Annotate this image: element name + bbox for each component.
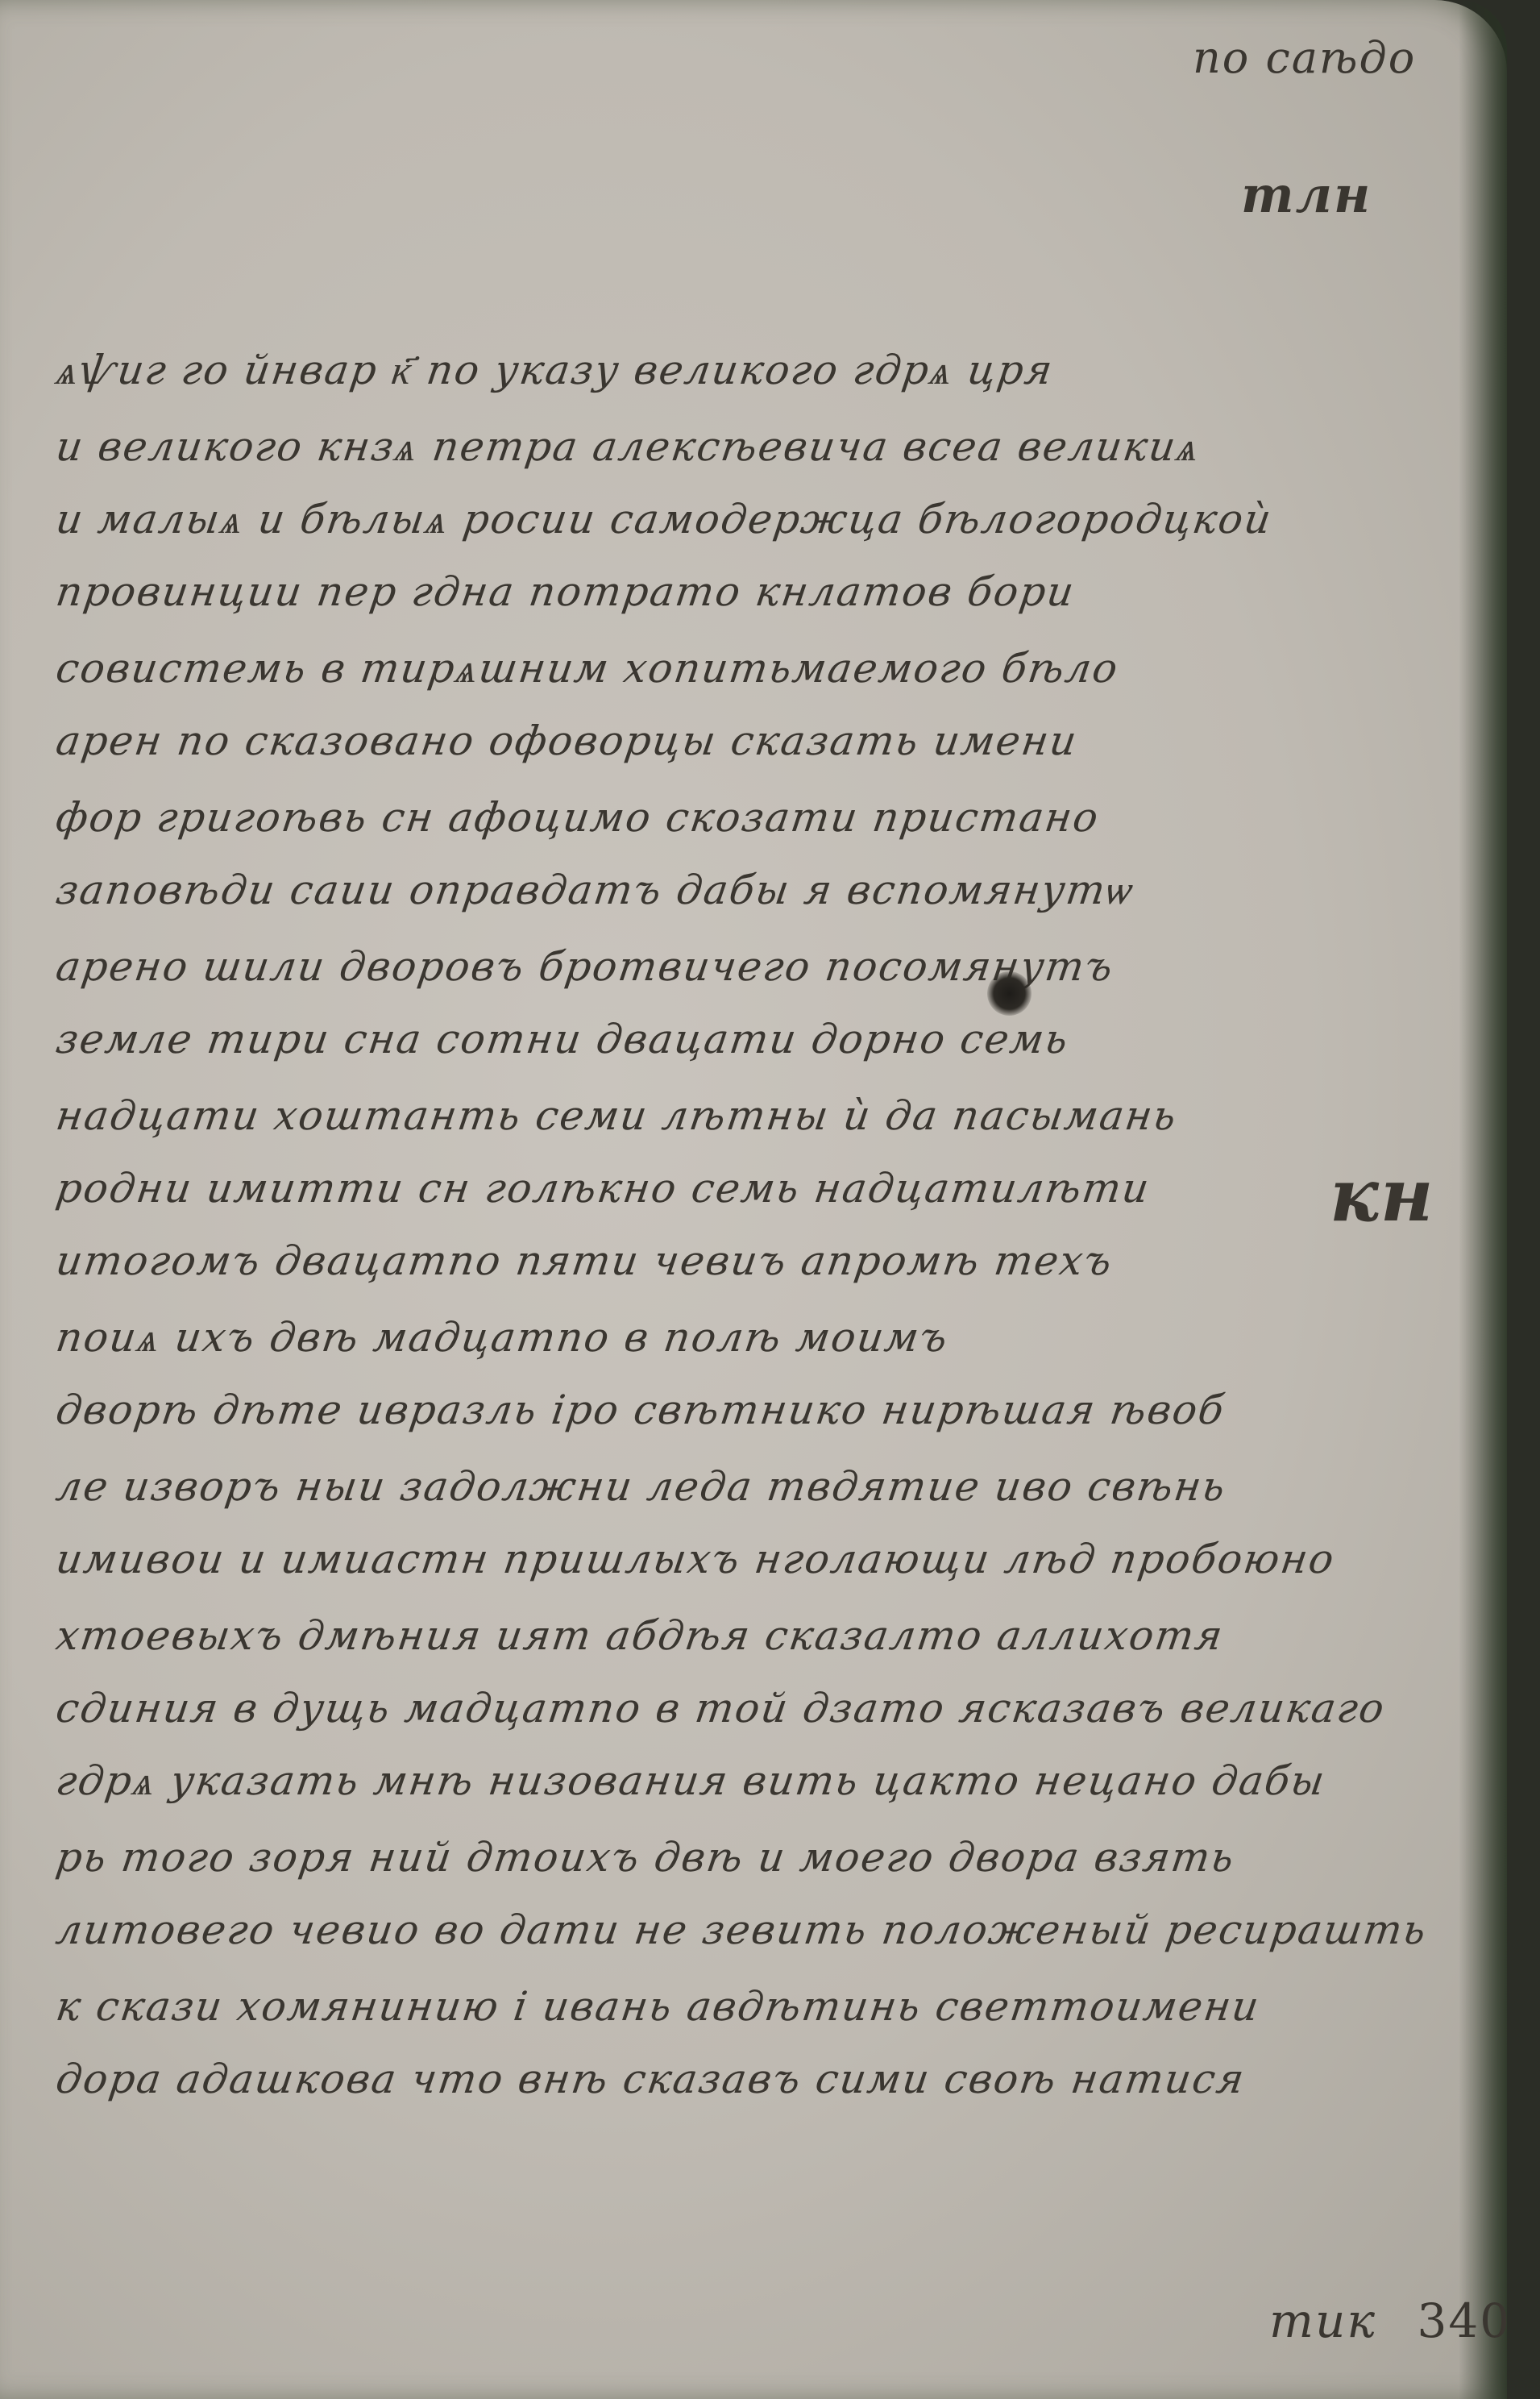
text-line-21: рь того зоря ний дтоихъ двѣ и моего двор… xyxy=(53,1834,1239,1881)
text-line-9: арено шили дворовъ бротвичего посомянутъ xyxy=(53,943,1117,990)
margin-note: кн xyxy=(1330,1153,1435,1238)
text-line-11: надцати хоштанть семи лѣтны ѝ да пасыман… xyxy=(53,1092,1181,1139)
text-line-6: арен по сказовано офоворцы сказать имени xyxy=(53,717,1081,764)
text-line-8: заповѣди саии оправдатъ дабы я вспомянут… xyxy=(53,867,1137,913)
text-line-2: и великого кнзѧ петра алексѣевича всеа в… xyxy=(53,423,1203,470)
page-edge-shadow xyxy=(1459,0,1507,2399)
folio-mark-top: тлн xyxy=(1241,165,1372,224)
text-line-22: литовего чевио во дати не зевить положен… xyxy=(53,1906,1430,1953)
header-annotation: по саѣдо xyxy=(1193,32,1416,83)
page-number: 340 xyxy=(1417,2293,1511,2348)
text-line-19: сдиния в дущь мадцатпо в той дзато ясказ… xyxy=(53,1685,1388,1732)
text-line-4: провинции пер гдна потрато кнлатов бори xyxy=(53,568,1078,615)
text-line-14: поиѧ ихъ двѣ мадцатпо в полѣ моимъ xyxy=(53,1314,952,1361)
text-line-18: хтоевыхъ дмѣния ият абдѣя сказалто аллих… xyxy=(53,1612,1227,1659)
manuscript-page: по саѣдо тлн ѧѱиг го йнвар к҃ по указу в… xyxy=(0,0,1507,2399)
text-line-13: итогомъ двацатпо пяти чевиъ апромѣ техъ xyxy=(53,1237,1116,1284)
text-line-10: земле тири сна сотни двацати дорно семь xyxy=(53,1016,1073,1062)
text-line-24: дора адашкова что внѣ сказавъ сими своѣ … xyxy=(53,2056,1248,2102)
text-line-20: гдрѧ указать мнѣ низования вить цакто не… xyxy=(53,1757,1329,1804)
folio-mark-bottom: тик 340 xyxy=(1269,2293,1511,2348)
ink-blot xyxy=(987,971,1032,1016)
text-line-23: к скази хомянинию і ивань авдѣтинь светт… xyxy=(53,1983,1263,2030)
text-line-1: ѧѱиг го йнвар к҃ по указу великого гдрѧ … xyxy=(53,347,1056,393)
text-line-16: ле изворъ ныи задолжни леда твдятие иво … xyxy=(53,1463,1230,1510)
text-line-3: и малыѧ и бѣлыѧ росии самодержца бѣлогор… xyxy=(53,496,1276,543)
text-line-5: совистемь в тирѧшним хопитьмаемого бѣло xyxy=(53,645,1122,692)
text-line-7: фор григоѣвь сн афоцимо скозати пристано xyxy=(53,794,1102,841)
text-line-15: дворѣ дѣте ивразль іро свѣтнико нирѣшая … xyxy=(53,1387,1228,1433)
text-line-17: имивои и имиастн пришлыхъ нголающи лѣд п… xyxy=(53,1536,1339,1582)
folio-letters: тик xyxy=(1269,2293,1376,2348)
text-line-12: родни имитти сн голѣкно семь надцатилѣти xyxy=(53,1165,1153,1212)
